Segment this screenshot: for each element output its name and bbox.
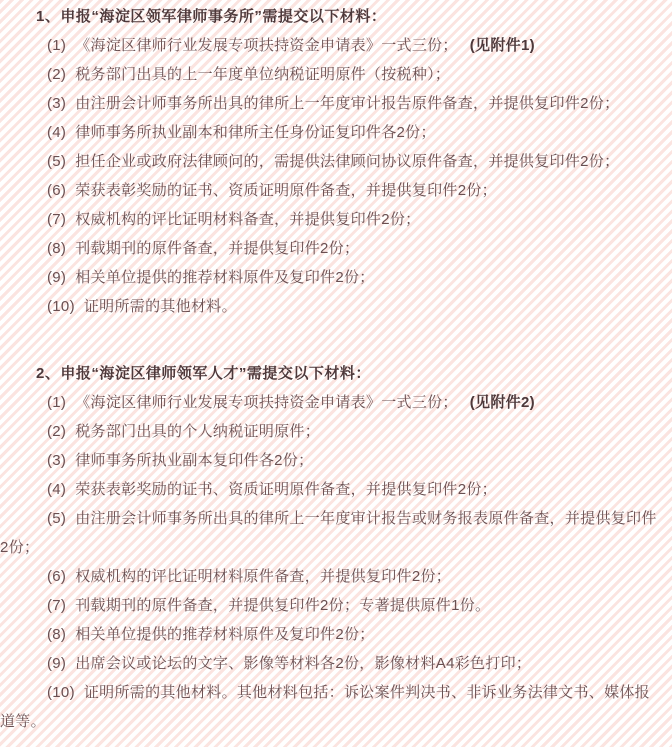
item-number: (8) — [47, 626, 66, 643]
item-text: 刊载期刊的原件备查，并提供复印件2份； — [75, 240, 359, 257]
list-item: (4)荣获表彰奖励的证书、资质证明原件备查，并提供复印件2份； — [0, 475, 672, 504]
item-number: (9) — [47, 655, 66, 672]
list-item: (4)律师事务所执业副本和律所主任身份证复印件各2份； — [0, 118, 672, 147]
list-item: (2)税务部门出具的上一年度单位纳税证明原件（按税种）； — [0, 60, 672, 89]
item-number: (7) — [47, 211, 66, 228]
list-item: (10)证明所需的其他材料。 — [0, 292, 672, 321]
item-text: 《海淀区律师行业发展专项扶持资金申请表》一式三份； — [75, 394, 458, 411]
item-number: (5) — [47, 153, 66, 170]
item-text: 权威机构的评比证明材料原件备查，并提供复印件2份； — [75, 568, 451, 585]
item-text: 由注册会计师事务所出具的律所上一年度审计报告原件备查，并提供复印件2份； — [75, 95, 619, 112]
item-number: (6) — [47, 568, 66, 585]
item-number: (7) — [47, 597, 66, 614]
item-number: (1) — [47, 394, 66, 411]
item-number: (9) — [47, 269, 66, 286]
item-number: (2) — [47, 66, 66, 83]
item-number: (3) — [47, 452, 66, 469]
item-text: 《海淀区律师行业发展专项扶持资金申请表》一式三份； — [75, 37, 458, 54]
item-text: 担任企业或政府法律顾问的，需提供法律顾问协议原件备查，并提供复印件2份； — [75, 153, 619, 170]
list-item: (3)由注册会计师事务所出具的律所上一年度审计报告原件备查，并提供复印件2份； — [0, 89, 672, 118]
item-text: 荣获表彰奖励的证书、资质证明原件备查，并提供复印件2份； — [75, 481, 497, 498]
item-number: (10) — [47, 298, 75, 315]
item-number: (8) — [47, 240, 66, 257]
list-item: (5)由注册会计师事务所出具的律所上一年度审计报告或财务报表原件备查，并提供复印… — [0, 504, 672, 562]
section-heading: 2、申报“海淀区律师领军人才”需提交以下材料： — [0, 359, 672, 388]
item-text: 刊载期刊的原件备查，并提供复印件2份；专著提供原件1份。 — [75, 597, 490, 614]
list-item: (2)税务部门出具的个人纳税证明原件； — [0, 417, 672, 446]
section-heading: 1、申报“海淀区领军律师事务所”需提交以下材料： — [0, 2, 672, 31]
section: 2、申报“海淀区律师领军人才”需提交以下材料： (1)《海淀区律师行业发展专项扶… — [0, 359, 672, 736]
list-item: (8)刊载期刊的原件备查，并提供复印件2份； — [0, 234, 672, 263]
document-page: 1、申报“海淀区领军律师事务所”需提交以下材料： (1)《海淀区律师行业发展专项… — [0, 0, 672, 736]
list-item: (5)担任企业或政府法律顾问的，需提供法律顾问协议原件备查，并提供复印件2份； — [0, 147, 672, 176]
item-number: (1) — [47, 37, 66, 54]
list-item: (1)《海淀区律师行业发展专项扶持资金申请表》一式三份；(见附件2) — [0, 388, 672, 417]
item-attachment-note: (见附件1) — [470, 37, 535, 54]
item-number: (3) — [47, 95, 66, 112]
item-number: (6) — [47, 182, 66, 199]
item-text: 荣获表彰奖励的证书、资质证明原件备查，并提供复印件2份； — [75, 182, 497, 199]
item-number: (2) — [47, 423, 66, 440]
item-text: 证明所需的其他材料。其他材料包括：诉讼案件判决书、非诉业务法律文书、媒体报道等。 — [0, 684, 650, 730]
item-number: (4) — [47, 124, 66, 141]
list-item: (6)权威机构的评比证明材料原件备查，并提供复印件2份； — [0, 562, 672, 591]
list-item: (10)证明所需的其他材料。其他材料包括：诉讼案件判决书、非诉业务法律文书、媒体… — [0, 678, 672, 736]
list-item: (1)《海淀区律师行业发展专项扶持资金申请表》一式三份；(见附件1) — [0, 31, 672, 60]
item-number: (5) — [47, 510, 66, 527]
item-text: 律师事务所执业副本复印件各2份； — [75, 452, 313, 469]
section: 1、申报“海淀区领军律师事务所”需提交以下材料： (1)《海淀区律师行业发展专项… — [0, 2, 672, 321]
item-attachment-note: (见附件2) — [470, 394, 535, 411]
item-text: 律师事务所执业副本和律所主任身份证复印件各2份； — [75, 124, 436, 141]
item-text: 税务部门出具的个人纳税证明原件； — [75, 423, 320, 440]
list-item: (9)相关单位提供的推荐材料原件及复印件2份； — [0, 263, 672, 292]
item-text: 证明所需的其他材料。 — [84, 298, 237, 315]
item-number: (4) — [47, 481, 66, 498]
item-text: 税务部门出具的上一年度单位纳税证明原件（按税种）； — [75, 66, 450, 83]
item-number: (10) — [47, 684, 75, 701]
list-item: (9)出席会议或论坛的文字、影像等材料各2份，影像材料A4彩色打印； — [0, 649, 672, 678]
list-item: (3)律师事务所执业副本复印件各2份； — [0, 446, 672, 475]
list-item: (6)荣获表彰奖励的证书、资质证明原件备查，并提供复印件2份； — [0, 176, 672, 205]
item-text: 相关单位提供的推荐材料原件及复印件2份； — [75, 626, 374, 643]
item-text: 相关单位提供的推荐材料原件及复印件2份； — [75, 269, 374, 286]
list-item: (7)刊载期刊的原件备查，并提供复印件2份；专著提供原件1份。 — [0, 591, 672, 620]
item-text: 由注册会计师事务所出具的律所上一年度审计报告或财务报表原件备查，并提供复印件2份… — [0, 510, 657, 556]
list-item: (8)相关单位提供的推荐材料原件及复印件2份； — [0, 620, 672, 649]
list-item: (7)权威机构的评比证明材料备查，并提供复印件2份； — [0, 205, 672, 234]
item-text: 出席会议或论坛的文字、影像等材料各2份，影像材料A4彩色打印； — [75, 655, 531, 672]
item-text: 权威机构的评比证明材料备查，并提供复印件2份； — [75, 211, 420, 228]
